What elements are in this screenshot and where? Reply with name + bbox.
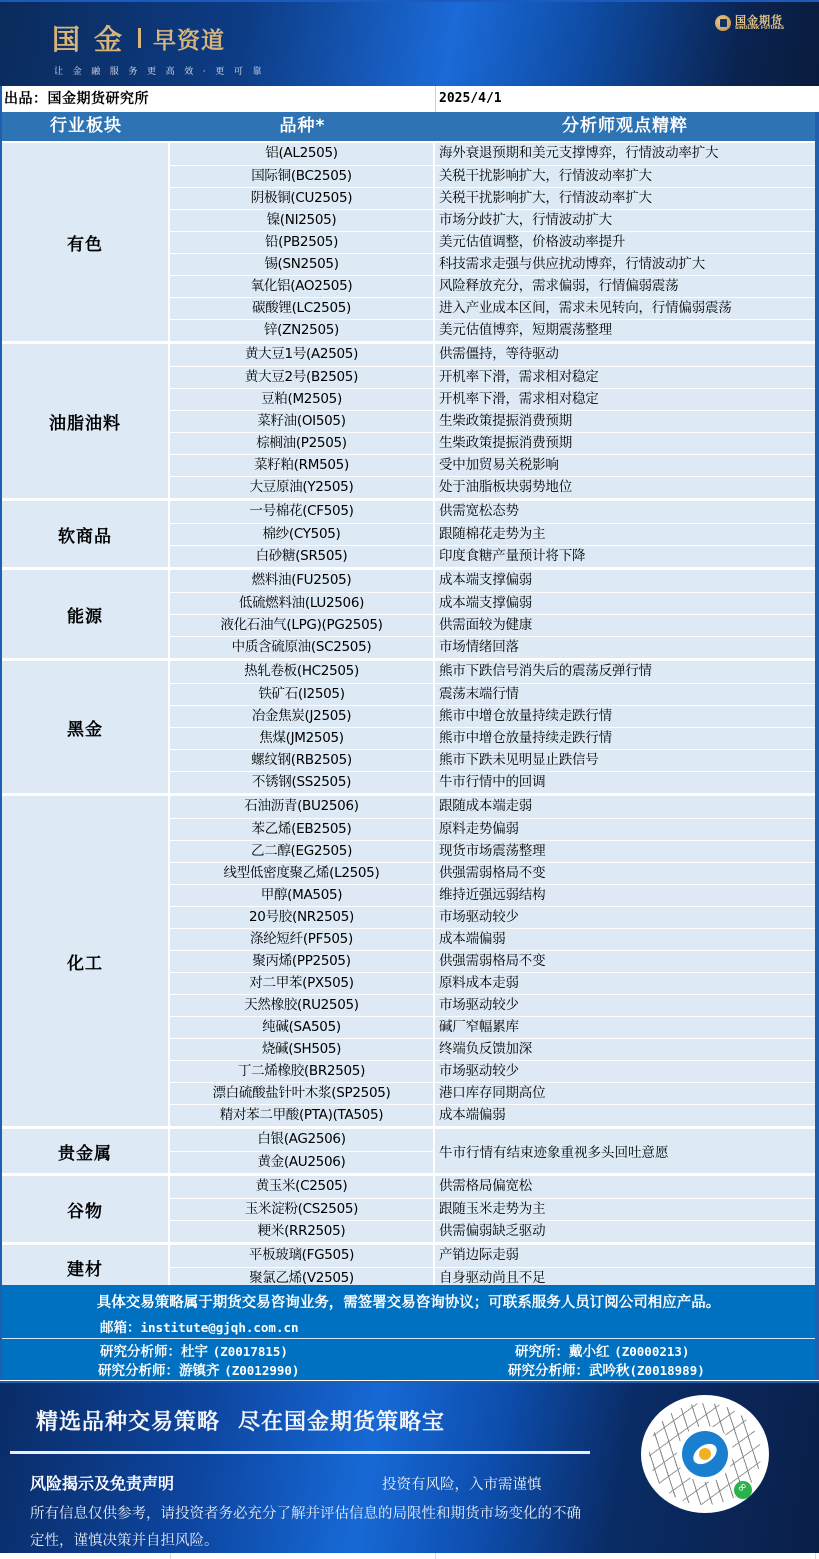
table-row: 黄玉米(C2505)供需格局偏宽松 xyxy=(170,1176,815,1198)
table-row: 黄金(AU2506) xyxy=(170,1151,433,1173)
view-cell-merged: 牛市行情有结束迹象重视多头回吐意愿 xyxy=(435,1129,815,1173)
variety-cell: 碳酸锂(LC2505) xyxy=(170,298,435,319)
table-row: 焦煤(JM2505)熊市中增仓放量持续走跌行情 xyxy=(170,727,815,749)
table-header: 行业板块 品种* 分析师观点精粹 xyxy=(0,112,819,141)
promo-divider xyxy=(10,1451,590,1454)
top-banner: 国金 早资道 让金融服务更高效·更可靠 国金期货 SINOLINK FUTURE… xyxy=(0,0,819,86)
source-row: 出品：国金期货研究所 2025/4/1 xyxy=(0,86,819,112)
sector-group: 建材平板玻璃(FG505)产销边际走弱聚氯乙烯(V2505)自身驱动尚且不足 xyxy=(2,1242,815,1289)
variety-cell: 黄玉米(C2505) xyxy=(170,1176,435,1198)
variety-cell: 涤纶短纤(PF505) xyxy=(170,929,435,950)
table-row: 玉米淀粉(CS2505)跟随玉米走势为主 xyxy=(170,1198,815,1220)
table-row: 碳酸锂(LC2505)进入产业成本区间，需求未见转向，行情偏弱震荡 xyxy=(170,297,815,319)
variety-cell: 铅(PB2505) xyxy=(170,232,435,253)
table-row: 中质含硫原油(SC2505)市场情绪回落 xyxy=(170,636,815,658)
table-row: 燃料油(FU2505)成本端支撑偏弱 xyxy=(170,570,815,592)
view-cell: 美元估值博弈，短期震荡整理 xyxy=(435,320,815,341)
slogan: 让金融服务更高效·更可靠 xyxy=(54,64,271,77)
brand-logo: 国金期货 SINOLINK FUTURES xyxy=(715,15,784,32)
column-header-view: 分析师观点精粹 xyxy=(435,112,815,141)
table-row: 黄大豆2号(B2505)开机率下滑，需求相对稳定 xyxy=(170,366,815,388)
table-row: 螺纹钢(RB2505)熊市下跌未见明显止跌信号 xyxy=(170,749,815,771)
variety-cell: 棉纱(CY505) xyxy=(170,524,435,545)
view-cell: 成本端偏弱 xyxy=(435,929,815,950)
table-row: 热轧卷板(HC2505)熊市下跌信号消失后的震荡反弹行情 xyxy=(170,661,815,683)
table-row: 冶金焦炭(J2505)熊市中增仓放量持续走跌行情 xyxy=(170,705,815,727)
table-row: 国际铜(BC2505)关税干扰影响扩大，行情波动率扩大 xyxy=(170,165,815,187)
view-cell: 市场情绪回落 xyxy=(435,637,815,658)
variety-cell: 铁矿石(I2505) xyxy=(170,684,435,705)
bottom-grid-strip xyxy=(0,1553,819,1559)
table-row: 涤纶短纤(PF505)成本端偏弱 xyxy=(170,928,815,950)
column-header-sector: 行业板块 xyxy=(2,112,170,141)
sector-label: 化工 xyxy=(2,796,170,1126)
variety-cell: 一号棉花(CF505) xyxy=(170,501,435,523)
table-row: 烧碱(SH505)终端负反馈加深 xyxy=(170,1038,815,1060)
variety-cell: 石油沥青(BU2506) xyxy=(170,796,435,818)
table-row: 苯乙烯(EB2505)原料走势偏弱 xyxy=(170,818,815,840)
view-cell: 印度食糖产量预计将下降 xyxy=(435,546,815,567)
sector-label: 软商品 xyxy=(2,501,170,567)
variety-cell: 菜籽油(OI505) xyxy=(170,411,435,432)
variety-cell: 粳米(RR2505) xyxy=(170,1221,435,1242)
variety-cell: 冶金焦炭(J2505) xyxy=(170,706,435,727)
variety-cell: 聚丙烯(PP2505) xyxy=(170,951,435,972)
view-cell: 市场驱动较少 xyxy=(435,907,815,928)
sector-group: 能源燃料油(FU2505)成本端支撑偏弱低硫燃料油(LU2506)成本端支撑偏弱… xyxy=(2,567,815,658)
analyst-dai-xiaohong: 研究所：戴小红 (Z0000213) xyxy=(515,1340,689,1360)
mini-program-icon xyxy=(734,1481,752,1499)
sector-label: 有色 xyxy=(2,143,170,341)
logo-guojin: 国金 xyxy=(52,18,136,58)
sector-label: 谷物 xyxy=(2,1176,170,1242)
email-label: 邮箱： xyxy=(100,1320,141,1336)
table-row: 菜籽油(OI505)生柴政策提振消费预期 xyxy=(170,410,815,432)
variety-cell: 菜籽粕(RM505) xyxy=(170,455,435,476)
view-cell: 熊市下跌信号消失后的震荡反弹行情 xyxy=(435,661,815,683)
variety-cell: 焦煤(JM2505) xyxy=(170,728,435,749)
variety-cell: 黄大豆2号(B2505) xyxy=(170,367,435,388)
variety-cell: 漂白硫酸盐针叶木浆(SP2505) xyxy=(170,1083,435,1104)
sector-label: 建材 xyxy=(2,1245,170,1289)
table-row: 低硫燃料油(LU2506)成本端支撑偏弱 xyxy=(170,592,815,614)
analyst-du-yu: 研究分析师：杜宇 (Z0017815) xyxy=(100,1340,288,1360)
table-row: 一号棉花(CF505)供需宽松态势 xyxy=(170,501,815,523)
view-cell: 进入产业成本区间，需求未见转向，行情偏弱震荡 xyxy=(435,298,815,319)
variety-cell: 烧碱(SH505) xyxy=(170,1039,435,1060)
variety-cell: 天然橡胶(RU2505) xyxy=(170,995,435,1016)
table-row: 大豆原油(Y2505)处于油脂板块弱势地位 xyxy=(170,476,815,498)
variety-cell: 线型低密度聚乙烯(L2505) xyxy=(170,863,435,884)
table-row: 20号胶(NR2505)市场驱动较少 xyxy=(170,906,815,928)
view-cell: 熊市下跌未见明显止跌信号 xyxy=(435,750,815,771)
table-row: 液化石油气(LPG)(PG2505)供需面较为健康 xyxy=(170,614,815,636)
table-row: 铝(AL2505)海外衰退预期和美元支撑博弈，行情波动率扩大 xyxy=(170,143,815,165)
table-row: 锡(SN2505)科技需求走强与供应扰动博弈，行情波动扩大 xyxy=(170,253,815,275)
variety-cell: 锡(SN2505) xyxy=(170,254,435,275)
view-cell: 原料成本走弱 xyxy=(435,973,815,994)
variety-cell: 乙二醇(EG2505) xyxy=(170,841,435,862)
view-cell: 供需偏弱缺乏驱动 xyxy=(435,1221,815,1242)
sector-label: 贵金属 xyxy=(2,1129,170,1173)
promo-banner: 精选品种交易策略尽在国金期货策略宝 风险揭示及免责声明 投资有风险，入市需谨慎 … xyxy=(0,1381,819,1553)
sector-label: 黑金 xyxy=(2,661,170,793)
view-cell: 受中加贸易关税影响 xyxy=(435,455,815,476)
view-cell: 市场驱动较少 xyxy=(435,995,815,1016)
variety-cell: 精对苯二甲酸(PTA)(TA505) xyxy=(170,1105,435,1126)
view-cell: 成本端支撑偏弱 xyxy=(435,570,815,592)
variety-cell: 大豆原油(Y2505) xyxy=(170,477,435,498)
variety-cell: 中质含硫原油(SC2505) xyxy=(170,637,435,658)
table-row: 氧化铝(AO2505)风险释放充分，需求偏弱，行情偏弱震荡 xyxy=(170,275,815,297)
variety-cell: 苯乙烯(EB2505) xyxy=(170,819,435,840)
view-cell: 生柴政策提振消费预期 xyxy=(435,411,815,432)
sector-group: 谷物黄玉米(C2505)供需格局偏宽松玉米淀粉(CS2505)跟随玉米走势为主粳… xyxy=(2,1173,815,1242)
view-cell: 风险释放充分，需求偏弱，行情偏弱震荡 xyxy=(435,276,815,297)
sector-group: 贵金属白银(AG2506)黄金(AU2506)牛市行情有结束迹象重视多头回吐意愿 xyxy=(2,1126,815,1173)
table-row: 石油沥青(BU2506)跟随成本端走弱 xyxy=(170,796,815,818)
view-cell: 现货市场震荡整理 xyxy=(435,841,815,862)
table-row: 铁矿石(I2505)震荡末端行情 xyxy=(170,683,815,705)
promo-headline: 精选品种交易策略尽在国金期货策略宝 xyxy=(36,1405,445,1436)
variety-cell: 平板玻璃(FG505) xyxy=(170,1245,435,1267)
table-row: 丁二烯橡胶(BR2505)市场驱动较少 xyxy=(170,1060,815,1082)
table-row: 粳米(RR2505)供需偏弱缺乏驱动 xyxy=(170,1220,815,1242)
variety-cell: 燃料油(FU2505) xyxy=(170,570,435,592)
variety-cell: 低硫燃料油(LU2506) xyxy=(170,593,435,614)
sector-label: 能源 xyxy=(2,570,170,658)
view-cell: 关税干扰影响扩大，行情波动率扩大 xyxy=(435,166,815,187)
analyst-you-zhenqi: 研究分析师：游镇齐 (Z0012990) xyxy=(98,1359,299,1379)
risk-disclosure-body: 所有信息仅供参考，请投资者务必充分了解并评估信息的局限性和期货市场变化的不确定性… xyxy=(30,1501,590,1555)
variety-cell: 螺纹钢(RB2505) xyxy=(170,750,435,771)
table-row: 菜籽粕(RM505)受中加贸易关税影响 xyxy=(170,454,815,476)
view-cell: 成本端支撑偏弱 xyxy=(435,593,815,614)
sector-group: 化工石油沥青(BU2506)跟随成本端走弱苯乙烯(EB2505)原料走势偏弱乙二… xyxy=(2,793,815,1126)
view-cell: 产销边际走弱 xyxy=(435,1245,815,1267)
variety-cell: 对二甲苯(PX505) xyxy=(170,973,435,994)
variety-cell: 黄大豆1号(A2505) xyxy=(170,344,435,366)
table-row: 棕榈油(P2505)生柴政策提振消费预期 xyxy=(170,432,815,454)
view-cell: 跟随棉花走势为主 xyxy=(435,524,815,545)
table-row: 棉纱(CY505)跟随棉花走势为主 xyxy=(170,523,815,545)
view-cell: 震荡末端行情 xyxy=(435,684,815,705)
table-row: 黄大豆1号(A2505)供需僵持，等待驱动 xyxy=(170,344,815,366)
variety-cell: 国际铜(BC2505) xyxy=(170,166,435,187)
view-cell: 科技需求走强与供应扰动博弈，行情波动扩大 xyxy=(435,254,815,275)
variety-cell: 丁二烯橡胶(BR2505) xyxy=(170,1061,435,1082)
table-row: 锌(ZN2505)美元估值博弈，短期震荡整理 xyxy=(170,319,815,341)
sector-group: 黑金热轧卷板(HC2505)熊市下跌信号消失后的震荡反弹行情铁矿石(I2505)… xyxy=(2,658,815,793)
view-cell: 供需宽松态势 xyxy=(435,501,815,523)
table-row: 铅(PB2505)美元估值调整，价格波动率提升 xyxy=(170,231,815,253)
sector-group: 油脂油料黄大豆1号(A2505)供需僵持，等待驱动黄大豆2号(B2505)开机率… xyxy=(2,341,815,498)
column-header-variety: 品种* xyxy=(170,112,435,141)
brand-mark-icon xyxy=(715,15,731,31)
product-logo: 国金 早资道 xyxy=(52,20,225,56)
info-divider xyxy=(2,1338,815,1339)
view-cell: 生柴政策提振消费预期 xyxy=(435,433,815,454)
table-row: 白银(AG2506) xyxy=(170,1129,433,1151)
variety-cell: 白砂糖(SR505) xyxy=(170,546,435,567)
info-footer: 具体交易策略属于期货交易咨询业务，需签署交易咨询协议；可联系服务人员订阅公司相应… xyxy=(0,1285,819,1380)
table-row: 镍(NI2505)市场分歧扩大，行情波动扩大 xyxy=(170,209,815,231)
view-cell: 跟随玉米走势为主 xyxy=(435,1199,815,1220)
analyst-wu-yinqiu: 研究分析师：武吟秋(Z0018989) xyxy=(508,1359,705,1379)
logo-divider xyxy=(138,28,141,48)
view-cell: 市场驱动较少 xyxy=(435,1061,815,1082)
view-cell: 关税干扰影响扩大，行情波动率扩大 xyxy=(435,188,815,209)
table-row: 天然橡胶(RU2505)市场驱动较少 xyxy=(170,994,815,1016)
risk-disclosure-title: 风险揭示及免责声明 xyxy=(30,1471,174,1494)
variety-cell: 棕榈油(P2505) xyxy=(170,433,435,454)
view-cell: 牛市行情中的回调 xyxy=(435,772,815,793)
view-cell: 市场分歧扩大，行情波动扩大 xyxy=(435,210,815,231)
view-cell: 跟随成本端走弱 xyxy=(435,796,815,818)
table-row: 精对苯二甲酸(PTA)(TA505)成本端偏弱 xyxy=(170,1104,815,1126)
variety-cell: 玉米淀粉(CS2505) xyxy=(170,1199,435,1220)
variety-cell: 液化石油气(LPG)(PG2505) xyxy=(170,615,435,636)
view-cell: 熊市中增仓放量持续走跌行情 xyxy=(435,706,815,727)
brand-name-en: SINOLINK FUTURES xyxy=(735,27,784,32)
mini-program-qr-code[interactable] xyxy=(641,1395,769,1513)
email-link[interactable]: institute@gjqh.com.cn xyxy=(141,1320,299,1335)
variety-cell: 铝(AL2505) xyxy=(170,143,435,165)
view-cell: 美元估值调整，价格波动率提升 xyxy=(435,232,815,253)
table-row: 平板玻璃(FG505)产销边际走弱 xyxy=(170,1245,815,1267)
sector-group: 软商品一号棉花(CF505)供需宽松态势棉纱(CY505)跟随棉花走势为主白砂糖… xyxy=(2,498,815,567)
view-cell: 维持近强远弱结构 xyxy=(435,885,815,906)
variety-cell: 豆粕(M2505) xyxy=(170,389,435,410)
report-date: 2025/4/1 xyxy=(435,86,502,112)
view-cell: 供强需弱格局不变 xyxy=(435,863,815,884)
source-label: 出品：国金期货研究所 xyxy=(2,86,435,112)
table-row: 纯碱(SA505)碱厂窄幅累库 xyxy=(170,1016,815,1038)
view-cell: 熊市中增仓放量持续走跌行情 xyxy=(435,728,815,749)
table-row: 豆粕(M2505)开机率下滑，需求相对稳定 xyxy=(170,388,815,410)
variety-cell: 不锈钢(SS2505) xyxy=(170,772,435,793)
table-row: 乙二醇(EG2505)现货市场震荡整理 xyxy=(170,840,815,862)
table-row: 聚丙烯(PP2505)供强需弱格局不变 xyxy=(170,950,815,972)
brand-name-cn: 国金期货 xyxy=(735,15,784,26)
variety-cell: 黄金(AU2506) xyxy=(170,1152,433,1173)
subscription-notice: 具体交易策略属于期货交易咨询业务，需签署交易咨询协议；可联系服务人员订阅公司相应… xyxy=(2,1291,815,1312)
variety-cell: 甲醇(MA505) xyxy=(170,885,435,906)
view-cell: 开机率下滑，需求相对稳定 xyxy=(435,389,815,410)
view-cell: 供需格局偏宽松 xyxy=(435,1176,815,1198)
variety-cell: 阴极铜(CU2505) xyxy=(170,188,435,209)
variety-cell: 热轧卷板(HC2505) xyxy=(170,661,435,683)
logo-product-name: 早资道 xyxy=(153,22,225,55)
variety-cell: 纯碱(SA505) xyxy=(170,1017,435,1038)
table-row: 线型低密度聚乙烯(L2505)供强需弱格局不变 xyxy=(170,862,815,884)
view-cell: 成本端偏弱 xyxy=(435,1105,815,1126)
table-row: 对二甲苯(PX505)原料成本走弱 xyxy=(170,972,815,994)
table-row: 白砂糖(SR505)印度食糖产量预计将下降 xyxy=(170,545,815,567)
table-body: 有色铝(AL2505)海外衰退预期和美元支撑博弈，行情波动率扩大国际铜(BC25… xyxy=(0,141,819,1311)
sector-group: 有色铝(AL2505)海外衰退预期和美元支撑博弈，行情波动率扩大国际铜(BC25… xyxy=(2,141,815,341)
view-cell: 开机率下滑，需求相对稳定 xyxy=(435,367,815,388)
table-row: 甲醇(MA505)维持近强远弱结构 xyxy=(170,884,815,906)
variety-cell: 氧化铝(AO2505) xyxy=(170,276,435,297)
sector-label: 油脂油料 xyxy=(2,344,170,498)
view-cell: 供需面较为健康 xyxy=(435,615,815,636)
variety-cell: 镍(NI2505) xyxy=(170,210,435,231)
view-cell: 原料走势偏弱 xyxy=(435,819,815,840)
risk-tagline: 投资有风险，入市需谨慎 xyxy=(382,1473,542,1494)
view-cell: 海外衰退预期和美元支撑博弈，行情波动率扩大 xyxy=(435,143,815,165)
view-cell: 港口库存同期高位 xyxy=(435,1083,815,1104)
table-row: 漂白硫酸盐针叶木浆(SP2505)港口库存同期高位 xyxy=(170,1082,815,1104)
variety-cell: 白银(AG2506) xyxy=(170,1129,433,1151)
view-cell: 供需僵持，等待驱动 xyxy=(435,344,815,366)
view-cell: 供强需弱格局不变 xyxy=(435,951,815,972)
variety-cell: 锌(ZN2505) xyxy=(170,320,435,341)
email-line: 邮箱：institute@gjqh.com.cn xyxy=(100,1316,299,1336)
view-cell: 终端负反馈加深 xyxy=(435,1039,815,1060)
variety-cell: 20号胶(NR2505) xyxy=(170,907,435,928)
table-row: 不锈钢(SS2505)牛市行情中的回调 xyxy=(170,771,815,793)
table-row: 阴极铜(CU2505)关税干扰影响扩大，行情波动率扩大 xyxy=(170,187,815,209)
view-cell: 处于油脂板块弱势地位 xyxy=(435,477,815,498)
view-cell: 碱厂窄幅累库 xyxy=(435,1017,815,1038)
